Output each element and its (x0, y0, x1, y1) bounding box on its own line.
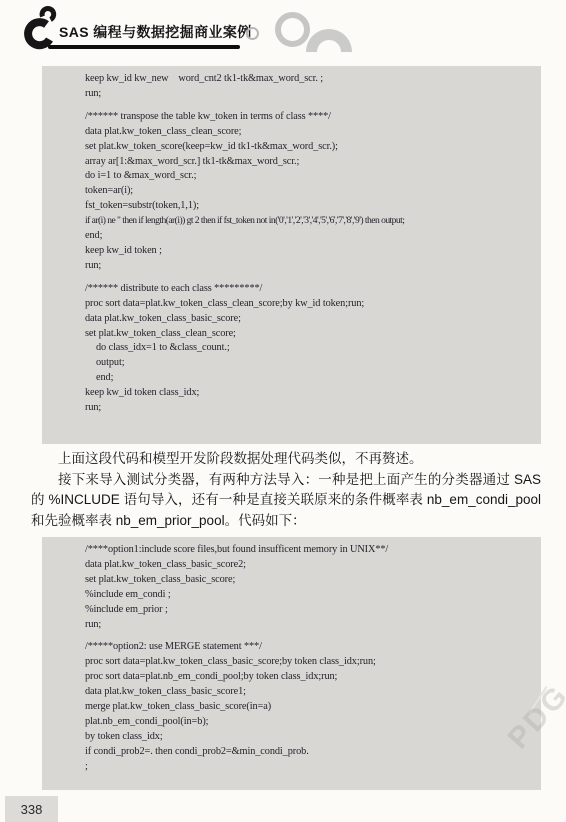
code-line: run; (85, 401, 537, 416)
code-line: %include em_condi ; (85, 588, 537, 603)
code-line: set plat.kw_token_score(keep=kw_id tk1-t… (85, 140, 537, 155)
code-line: /*****option2: use MERGE statement ***/ (85, 640, 537, 655)
sas-code-block-1: keep kw_id kw_new word_cnt2 tk1-tk&max_w… (42, 66, 541, 444)
code-line: data plat.kw_token_class_basic_score1; (85, 685, 537, 700)
paragraph: 接下来导入测试分类器，有两种方法导入：一种是把上面产生的分类器通过 SAS 的 … (31, 470, 541, 532)
code-line: if ar(i) ne " then if length(ar(i)) gt 2… (85, 214, 537, 229)
code-line: ; (85, 760, 537, 775)
code-line: data plat.kw_token_class_clean_score; (85, 125, 537, 140)
book-title: SAS 编程与数据挖掘商业案例 (59, 22, 252, 42)
code-line: /****** distribute to each class *******… (85, 282, 537, 297)
code-line: data plat.kw_token_class_basic_score; (85, 312, 537, 327)
code-line: do class_idx=1 to &class_count.; (85, 341, 537, 356)
code-line: output; (85, 356, 537, 371)
code-line: keep kw_id kw_new word_cnt2 tk1-tk&max_w… (85, 72, 537, 87)
sas-code-block-2: /****option1:include score files,but fou… (42, 537, 541, 790)
page-number: 338 (21, 802, 43, 817)
code-line: %include em_prior ; (85, 603, 537, 618)
code-line: run; (85, 259, 537, 274)
code-line: do i=1 to &max_word_scr.; (85, 169, 537, 184)
code-line: proc sort data=plat.nb_em_condi_pool;by … (85, 670, 537, 685)
code-line: merge plat.kw_token_class_basic_score(in… (85, 700, 537, 715)
code-line: end; (85, 371, 537, 386)
code-line: keep kw_id token ; (85, 244, 537, 259)
code-line: /****** transpose the table kw_token in … (85, 110, 537, 125)
code-line: fst_token=substr(token,1,1); (85, 199, 537, 214)
code-line: plat.nb_em_condi_pool(in=b); (85, 715, 537, 730)
decor-small-ring-icon (246, 27, 259, 40)
decor-half-arch-icon (306, 29, 352, 52)
code-line: if condi_prob2=. then condi_prob2=&min_c… (85, 745, 537, 760)
paragraph: 上面这段代码和模型开发阶段数据处理代码类似，不再赘述。 (31, 449, 541, 470)
code-line: /****option1:include score files,but fou… (85, 543, 537, 558)
code-line: proc sort data=plat.kw_token_class_clean… (85, 297, 537, 312)
code-line: end; (85, 229, 537, 244)
code-line: token=ar(i); (85, 184, 537, 199)
header-underline (48, 45, 240, 49)
code-line: set plat.kw_token_class_clean_score; (85, 327, 537, 342)
code-line: data plat.kw_token_class_basic_score2; (85, 558, 537, 573)
page-number-badge: 338 (5, 796, 58, 822)
code-line (85, 274, 537, 282)
code-line: by token class_idx; (85, 730, 537, 745)
book-page: SAS 编程与数据挖掘商业案例 keep kw_id kw_new word_c… (0, 0, 566, 822)
decor-donut-ring-icon (275, 12, 310, 47)
code-line: keep kw_id token class_idx; (85, 386, 537, 401)
code-line: array ar[1:&max_word_scr.] tk1-tk&max_wo… (85, 155, 537, 170)
code-line: proc sort data=plat.kw_token_class_basic… (85, 655, 537, 670)
code-line (85, 632, 537, 640)
code-line: run; (85, 87, 537, 102)
code-line: run; (85, 618, 537, 633)
code-line (85, 102, 537, 110)
code-line: set plat.kw_token_class_basic_score; (85, 573, 537, 588)
body-text: 上面这段代码和模型开发阶段数据处理代码类似，不再赘述。接下来导入测试分类器，有两… (31, 449, 541, 531)
